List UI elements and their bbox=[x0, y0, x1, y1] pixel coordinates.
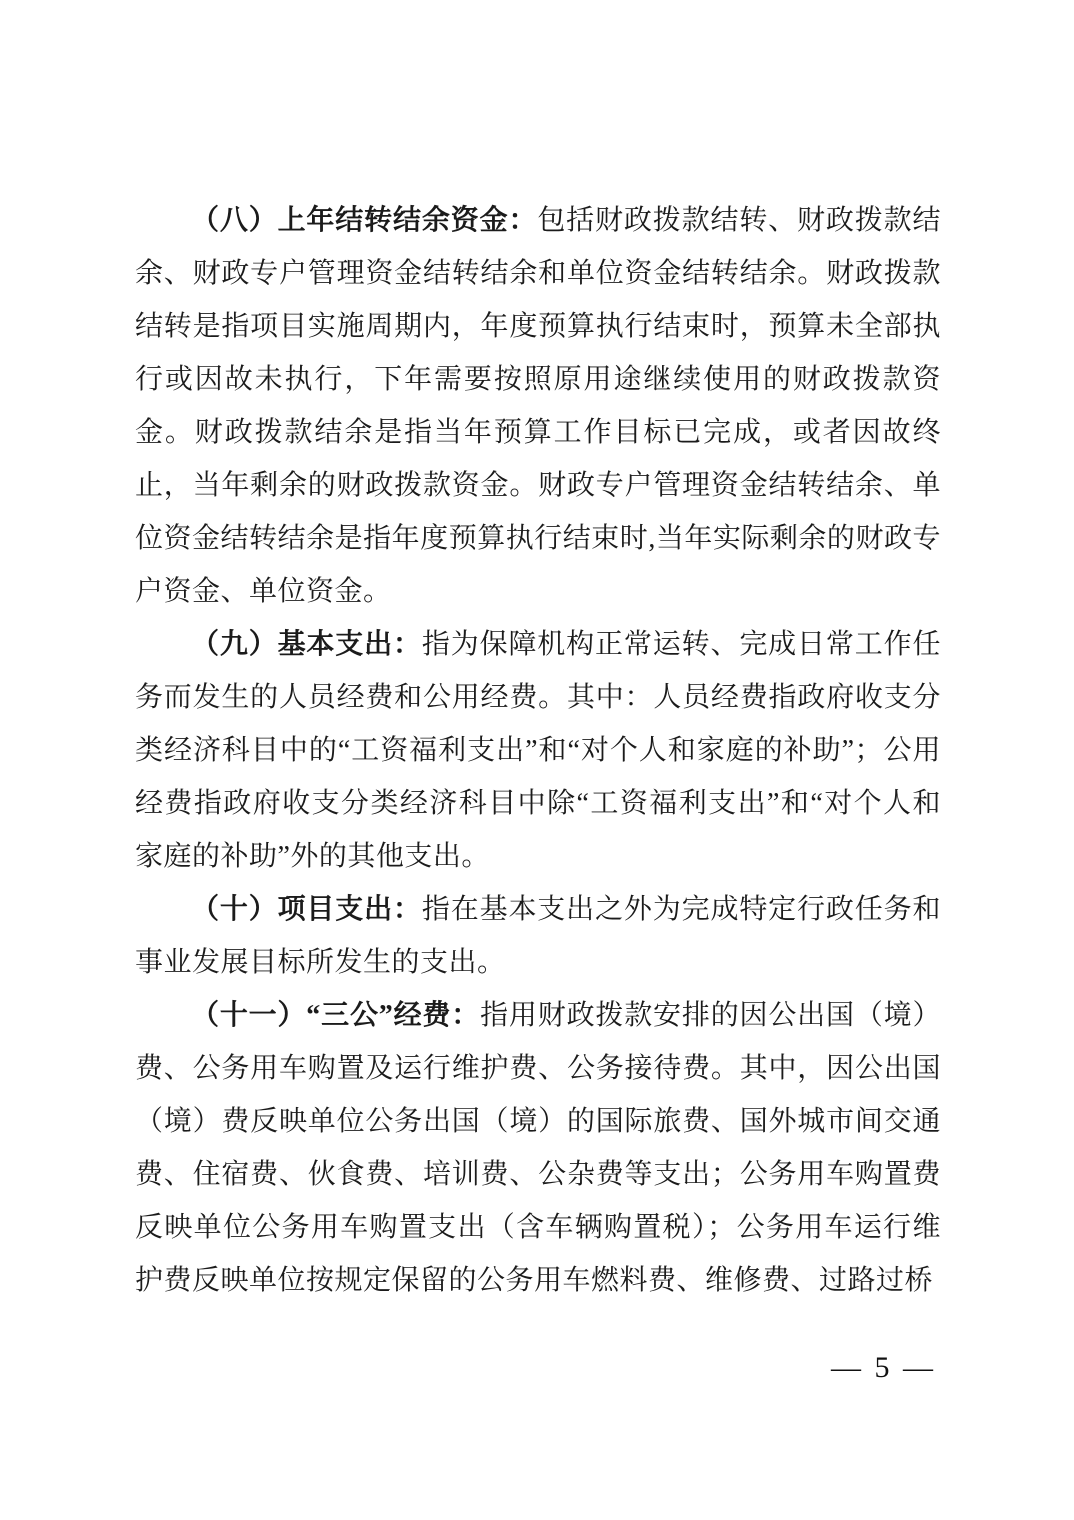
paragraph-basic-expenditure: （九）基本支出：指为保障机构正常运转、完成日常工作任务而发生的人员经费和公用经费… bbox=[135, 618, 941, 883]
paragraph-three-public-funds: （十一）“三公”经费：指用财政拨款安排的因公出国（境）费、公务用车购置及运行维护… bbox=[135, 989, 941, 1307]
paragraph-lead: （十）项目支出： bbox=[191, 894, 422, 925]
paragraph-carryover-funds: （八）上年结转结余资金：包括财政拨款结转、财政拨款结余、财政专户管理资金结转结余… bbox=[135, 194, 941, 618]
paragraph-text: 指为保障机构正常运转、完成日常工作任务而发生的人员经费和公用经费。其中：人员经费… bbox=[135, 629, 941, 872]
paragraph-project-expenditure: （十）项目支出：指在基本支出之外为完成特定行政任务和事业发展目标所发生的支出。 bbox=[135, 883, 941, 989]
paragraph-lead: （十一）“三公”经费： bbox=[191, 1000, 480, 1031]
paragraph-lead: （八）上年结转结余资金： bbox=[191, 205, 537, 236]
document-body: （八）上年结转结余资金：包括财政拨款结转、财政拨款结余、财政专户管理资金结转结余… bbox=[135, 194, 941, 1307]
paragraph-text: 指用财政拨款安排的因公出国（境）费、公务用车购置及运行维护费、公务接待费。其中，… bbox=[135, 1000, 941, 1296]
paragraph-text: 包括财政拨款结转、财政拨款结余、财政专户管理资金结转结余和单位资金结转结余。财政… bbox=[135, 205, 941, 607]
page-number: — 5 — bbox=[831, 1348, 936, 1388]
document-page: （八）上年结转结余资金：包括财政拨款结转、财政拨款结余、财政专户管理资金结转结余… bbox=[0, 0, 1074, 1520]
paragraph-lead: （九）基本支出： bbox=[191, 629, 422, 660]
